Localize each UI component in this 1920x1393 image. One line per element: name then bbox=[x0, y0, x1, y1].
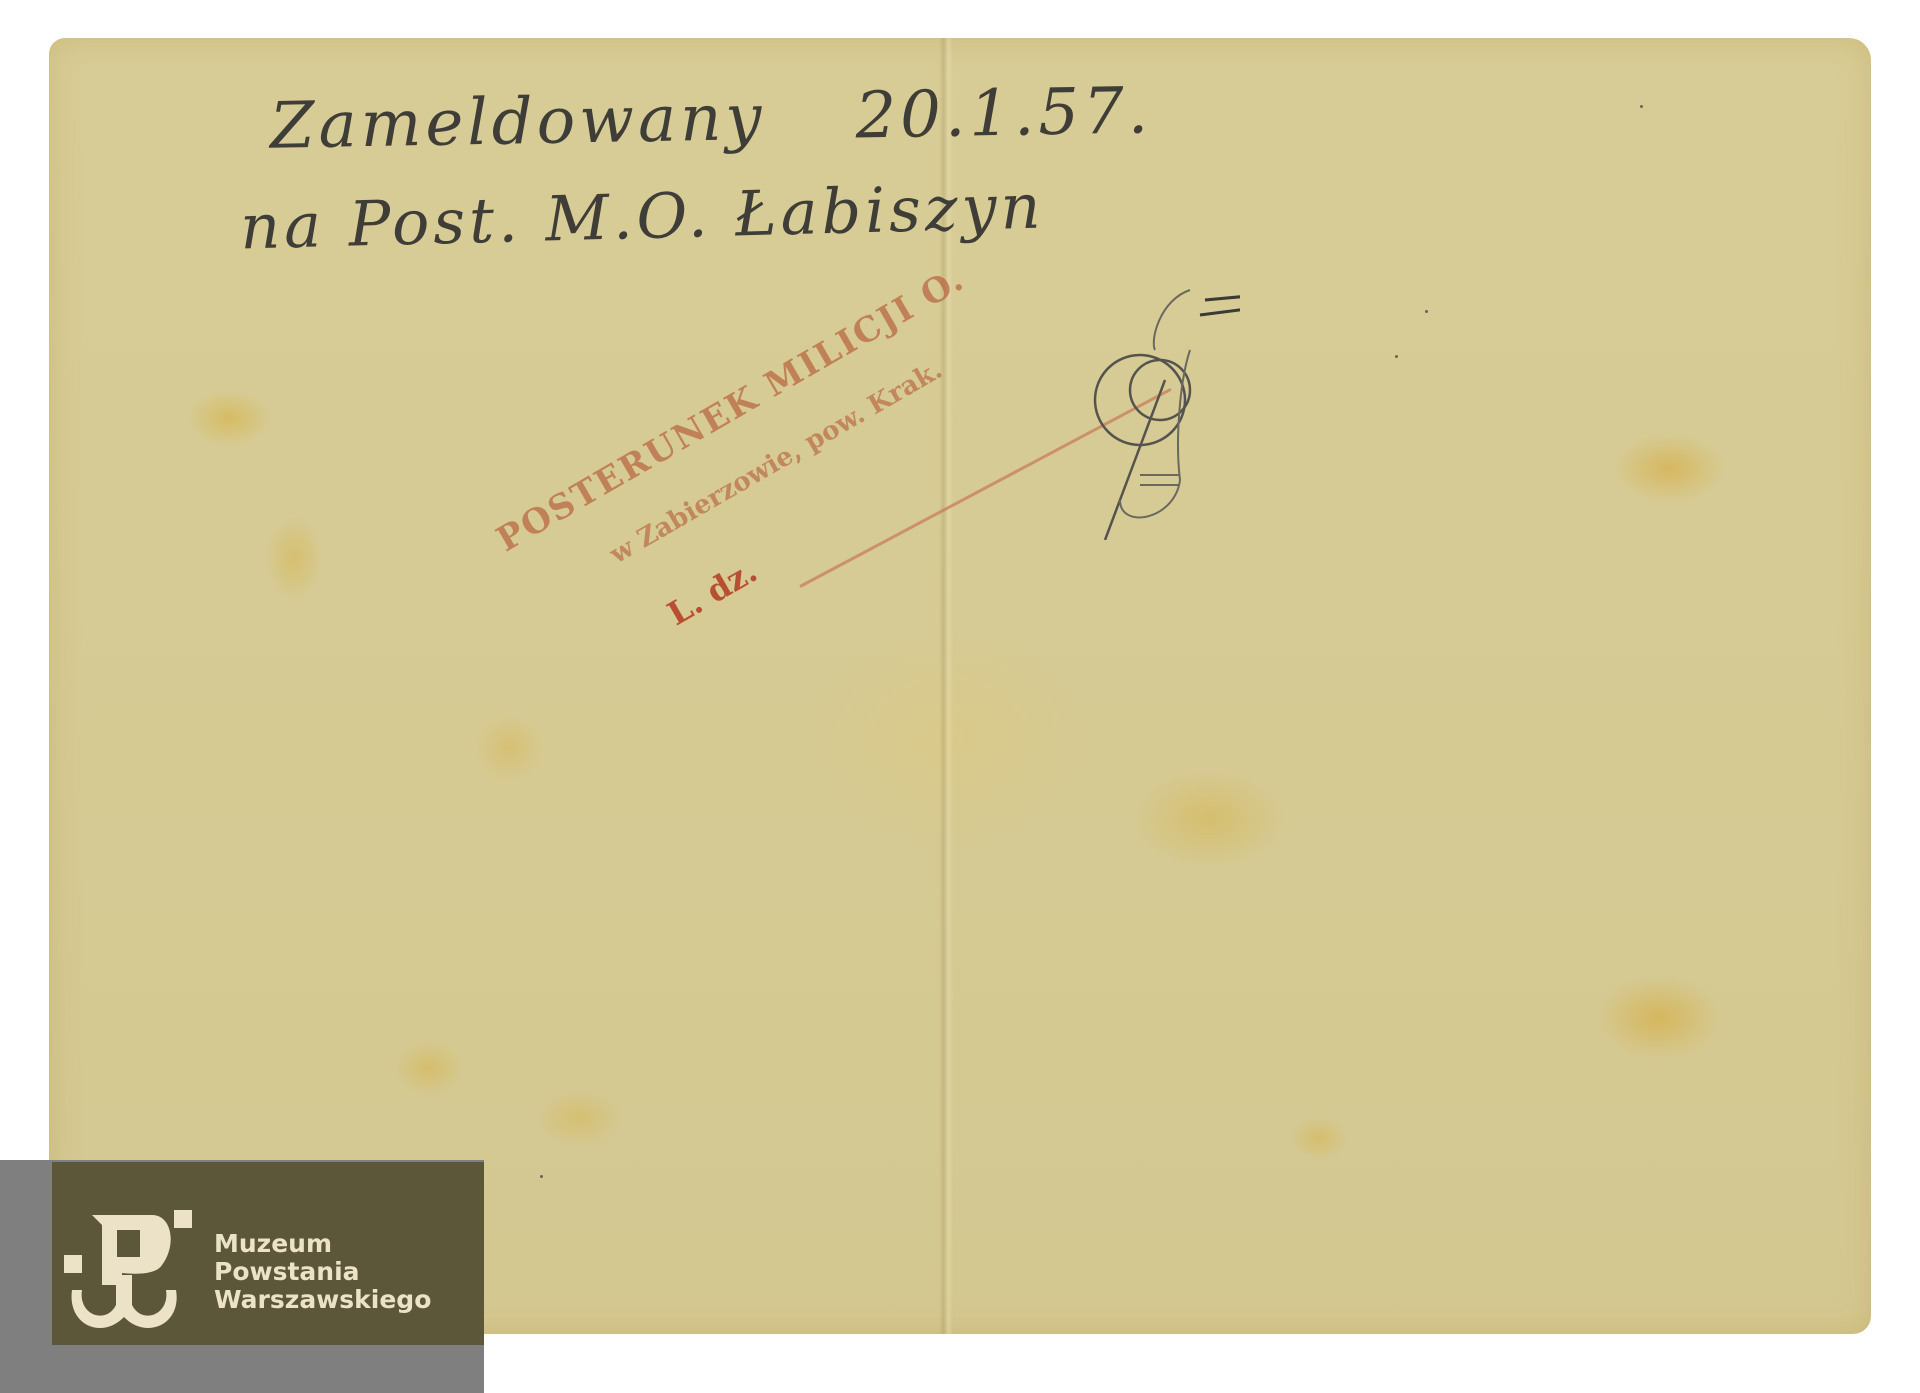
handwritten-date: 20.1.57. bbox=[855, 74, 1153, 153]
museum-name-line-1: Muzeum bbox=[214, 1230, 431, 1258]
stamp-line-1: POSTERUNEK MILICJI O. bbox=[490, 259, 972, 560]
handwritten-registered-text: Zameldowany bbox=[269, 81, 766, 164]
museum-name-line-2: Powstania bbox=[214, 1258, 431, 1286]
museum-name-line-3: Warszawskiego bbox=[214, 1286, 431, 1314]
signature-icon bbox=[1080, 280, 1240, 540]
handwritten-line-1: Zameldowany20.1.57. bbox=[269, 74, 1152, 163]
ink-speck bbox=[1395, 355, 1398, 358]
museum-name: Muzeum Powstania Warszawskiego bbox=[214, 1230, 431, 1314]
ink-speck bbox=[1425, 310, 1428, 313]
ink-speck bbox=[540, 1175, 543, 1178]
kotwica-anchor-logo-icon bbox=[62, 1205, 192, 1335]
ink-speck bbox=[1640, 105, 1643, 108]
